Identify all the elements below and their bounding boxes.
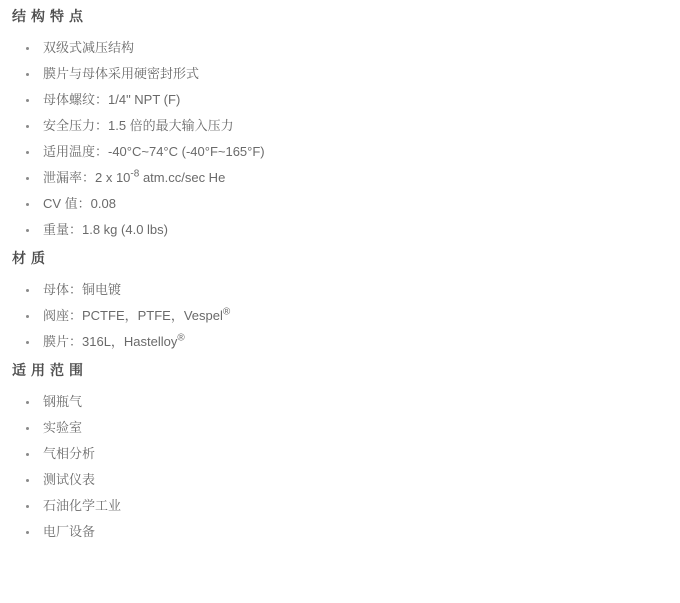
list-item: 电厂设备 [39,524,660,539]
list-item-text: 重量：1.8 kg (4.0 lbs) [43,222,168,237]
list-item: 母体：铜电镀 [39,282,660,297]
section-heading: 材质 [12,250,660,267]
list-item-text: CV 值：0.08 [43,196,116,211]
list-item: 石油化学工业 [39,498,660,513]
section-heading: 结构特点 [12,8,660,25]
list-item-text: 钢瓶气 [43,394,82,409]
list-item: 重量：1.8 kg (4.0 lbs) [39,222,660,237]
feature-list: 双级式减压结构 膜片与母体采用硬密封形式 母体螺纹：1/4" NPT (F) 安… [12,40,660,237]
section-structural-features: 结构特点 双级式减压结构 膜片与母体采用硬密封形式 母体螺纹：1/4" NPT … [12,8,660,237]
spec-page: 结构特点 双级式减压结构 膜片与母体采用硬密封形式 母体螺纹：1/4" NPT … [0,0,680,539]
section-materials: 材质 母体：铜电镀 阀座：PCTFE，PTFE，Vespel® 膜片：316L，… [12,250,660,349]
material-list: 母体：铜电镀 阀座：PCTFE，PTFE，Vespel® 膜片：316L，Has… [12,282,660,349]
list-item: 气相分析 [39,446,660,461]
list-item-text: 母体：铜电镀 [43,282,121,297]
list-item: 实验室 [39,420,660,435]
list-item: 母体螺纹：1/4" NPT (F) [39,92,660,107]
list-item-text: 测试仪表 [43,472,95,487]
list-item-text: 石油化学工业 [43,498,121,513]
superscript-registered: ® [177,333,184,344]
list-item: 安全压力：1.5 倍的最大输入压力 [39,118,660,133]
superscript-exponent: -8 [130,169,139,180]
list-item-text: 电厂设备 [43,524,95,539]
list-item-text: 安全压力：1.5 倍的最大输入压力 [43,118,234,133]
list-item-text: 适用温度：-40°C~74°C (-40°F~165°F) [43,144,265,159]
list-item: 膜片：316L，Hastelloy® [39,334,660,349]
list-item-text: atm.cc/sec He [139,170,225,185]
list-item-text: 阀座：PCTFE，PTFE，Vespel [43,308,223,323]
list-item: 阀座：PCTFE，PTFE，Vespel® [39,308,660,323]
list-item: 泄漏率：2 x 10-8 atm.cc/sec He [39,170,660,185]
list-item: 适用温度：-40°C~74°C (-40°F~165°F) [39,144,660,159]
list-item: 双级式减压结构 [39,40,660,55]
list-item-text: 气相分析 [43,446,95,461]
list-item-text: 泄漏率：2 x 10 [43,170,130,185]
section-heading: 适用范围 [12,362,660,379]
list-item: 测试仪表 [39,472,660,487]
list-item-text: 双级式减压结构 [43,40,134,55]
list-item-text: 母体螺纹：1/4" NPT (F) [43,92,180,107]
superscript-registered: ® [223,307,230,318]
section-applications: 适用范围 钢瓶气 实验室 气相分析 测试仪表 石油化学工业 电厂设备 [12,362,660,539]
list-item-text: 实验室 [43,420,82,435]
list-item: CV 值：0.08 [39,196,660,211]
list-item: 钢瓶气 [39,394,660,409]
list-item-text: 膜片：316L，Hastelloy [43,334,177,349]
list-item: 膜片与母体采用硬密封形式 [39,66,660,81]
application-list: 钢瓶气 实验室 气相分析 测试仪表 石油化学工业 电厂设备 [12,394,660,539]
list-item-text: 膜片与母体采用硬密封形式 [43,66,199,81]
